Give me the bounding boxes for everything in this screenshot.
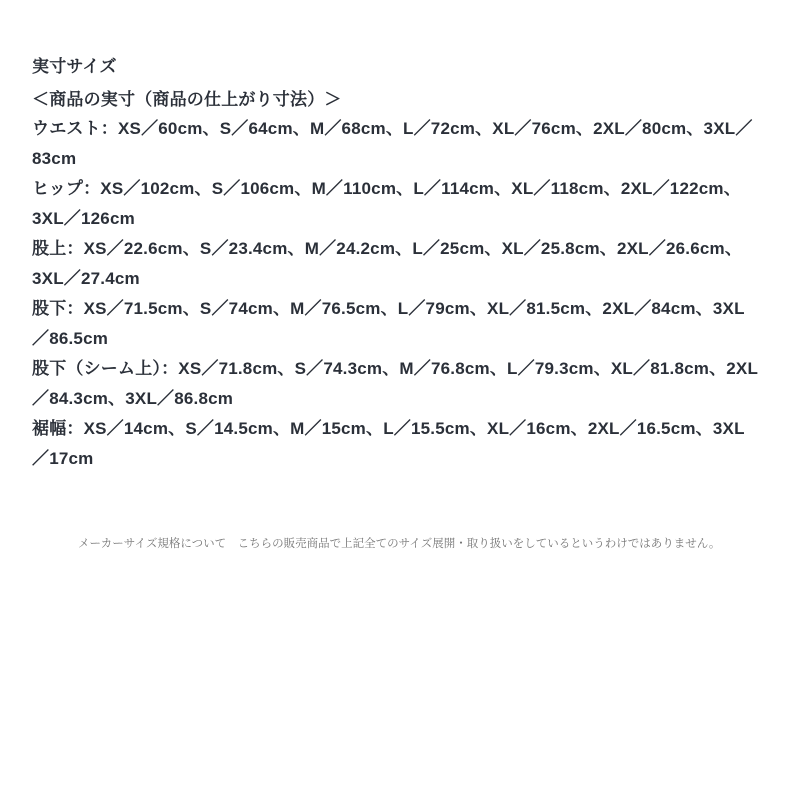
- measurement-waist: ウエスト：XS／60cm、S／64cm、M／68cm、L／72cm、XL／76c…: [32, 114, 772, 173]
- measurement-line: ウエスト：XS／60cm、S／64cm、M／68cm、L／72cm、XL／76c…: [32, 114, 772, 144]
- measurement-line-wrap: 3XL／27.4cm: [32, 264, 772, 294]
- measurement-line: 股上：XS／22.6cm、S／23.4cm、M／24.2cm、L／25cm、XL…: [32, 234, 772, 264]
- measurement-line-wrap: ／86.5cm: [32, 324, 772, 354]
- size-spec-section: 実寸サイズ ＜商品の実寸（商品の仕上がり寸法）＞ ウエスト：XS／60cm、S／…: [32, 52, 772, 474]
- measurement-hem-width: 裾幅：XS／14cm、S／14.5cm、M／15cm、L／15.5cm、XL／1…: [32, 414, 772, 473]
- measurement-rise: 股上：XS／22.6cm、S／23.4cm、M／24.2cm、L／25cm、XL…: [32, 234, 772, 293]
- maker-size-note: メーカーサイズ規格について こちらの販売商品で上記全てのサイズ展開・取り扱いをし…: [78, 536, 778, 552]
- measurement-inseam-seam: 股下（シーム上）：XS／71.8cm、S／74.3cm、M／76.8cm、L／7…: [32, 354, 772, 413]
- measurement-inseam: 股下：XS／71.5cm、S／74cm、M／76.5cm、L／79cm、XL／8…: [32, 294, 772, 353]
- section-title: 実寸サイズ: [32, 52, 772, 82]
- measurement-line-wrap: 3XL／126cm: [32, 204, 772, 234]
- measurement-hip: ヒップ：XS／102cm、S／106cm、M／110cm、L／114cm、XL／…: [32, 174, 772, 233]
- spec-heading: ＜商品の実寸（商品の仕上がり寸法）＞: [32, 85, 772, 115]
- measurement-line: 股下（シーム上）：XS／71.8cm、S／74.3cm、M／76.8cm、L／7…: [32, 354, 772, 384]
- measurement-line: 股下：XS／71.5cm、S／74cm、M／76.5cm、L／79cm、XL／8…: [32, 294, 772, 324]
- measurement-line-wrap: ／84.3cm、3XL／86.8cm: [32, 384, 772, 414]
- measurement-line-wrap: ／17cm: [32, 444, 772, 474]
- measurement-line: 裾幅：XS／14cm、S／14.5cm、M／15cm、L／15.5cm、XL／1…: [32, 414, 772, 444]
- measurement-line: ヒップ：XS／102cm、S／106cm、M／110cm、L／114cm、XL／…: [32, 174, 772, 204]
- measurement-line-wrap: 83cm: [32, 144, 772, 174]
